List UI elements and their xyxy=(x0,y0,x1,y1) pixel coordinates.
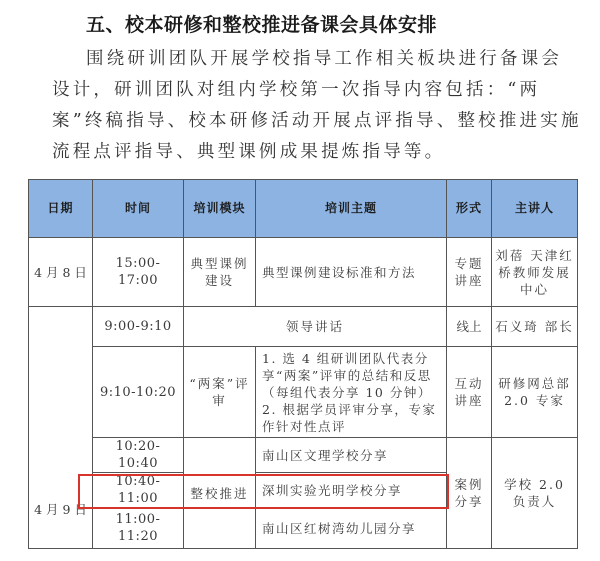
cell-time: 9:00-9:10 xyxy=(93,307,184,347)
cell-date: 4 月 9 日 xyxy=(29,307,93,549)
cell-module: “两案”评审 xyxy=(184,347,256,438)
cell-speaker: 研修网总部 2.0 专家 xyxy=(492,347,578,438)
cell-time: 11:00-11:20 xyxy=(93,508,184,549)
header-module: 培训模块 xyxy=(184,180,256,238)
cell-module: 整校推进 xyxy=(184,438,256,549)
cell-topic: 1. 选 4 组研训团队代表分享“两案”评审的总结和反思（每组代表分享 10 分… xyxy=(256,347,447,438)
header-speaker: 主讲人 xyxy=(492,180,578,238)
table-row: 10:20-10:40 整校推进 南山区文理学校分享 案例分享 学校 2.0 负… xyxy=(29,438,578,473)
cell-topic: 南山区文理学校分享 xyxy=(256,438,447,473)
table-header-row: 日期 时间 培训模块 培训主题 形式 主讲人 xyxy=(29,180,578,238)
table-row: 9:10-10:20 “两案”评审 1. 选 4 组研训团队代表分享“两案”评审… xyxy=(29,347,578,438)
header-time: 时间 xyxy=(93,180,184,238)
table-row: 4 月 9 日 9:00-9:10 领导讲话 线上 石义琦 部长 xyxy=(29,307,578,347)
cell-format: 案例分享 xyxy=(447,438,492,549)
section-heading: 五、校本研修和整校推进备课会具体安排 xyxy=(86,10,437,37)
cell-format: 专题讲座 xyxy=(447,238,492,307)
cell-time: 10:20-10:40 xyxy=(93,438,184,473)
cell-time: 15:00-17:00 xyxy=(93,238,184,307)
cell-speaker: 学校 2.0 负责人 xyxy=(492,438,578,549)
header-date: 日期 xyxy=(29,180,93,238)
cell-topic: 领导讲话 xyxy=(184,307,447,347)
intro-paragraph: 围绕研训团队开展学校指导工作相关板块进行备课会设计，研训团队对组内学校第一次指导… xyxy=(52,44,582,168)
table-row: 4 月 8 日 15:00-17:00 典型课例建设 典型课例建设标准和方法 专… xyxy=(29,238,578,307)
cell-topic: 深圳实验光明学校分享 xyxy=(256,473,447,508)
cell-module: 典型课例建设 xyxy=(184,238,256,307)
header-format: 形式 xyxy=(447,180,492,238)
header-topic: 培训主题 xyxy=(256,180,447,238)
cell-topic: 南山区红树湾幼儿园分享 xyxy=(256,508,447,549)
cell-speaker: 石义琦 部长 xyxy=(492,307,578,347)
cell-format: 线上 xyxy=(447,307,492,347)
cell-time: 10:40-11:00 xyxy=(93,473,184,508)
cell-time: 9:10-10:20 xyxy=(93,347,184,438)
cell-speaker: 刘蓓 天津红桥教师发展中心 xyxy=(492,238,578,307)
schedule-table: 日期 时间 培训模块 培训主题 形式 主讲人 4 月 8 日 15:00-17:… xyxy=(28,179,578,549)
cell-format: 互动讲座 xyxy=(447,347,492,438)
cell-topic: 典型课例建设标准和方法 xyxy=(256,238,447,307)
cell-date: 4 月 8 日 xyxy=(29,238,93,307)
paragraph-text: 围绕研训团队开展学校指导工作相关板块进行备课会设计，研训团队对组内学校第一次指导… xyxy=(52,49,582,162)
